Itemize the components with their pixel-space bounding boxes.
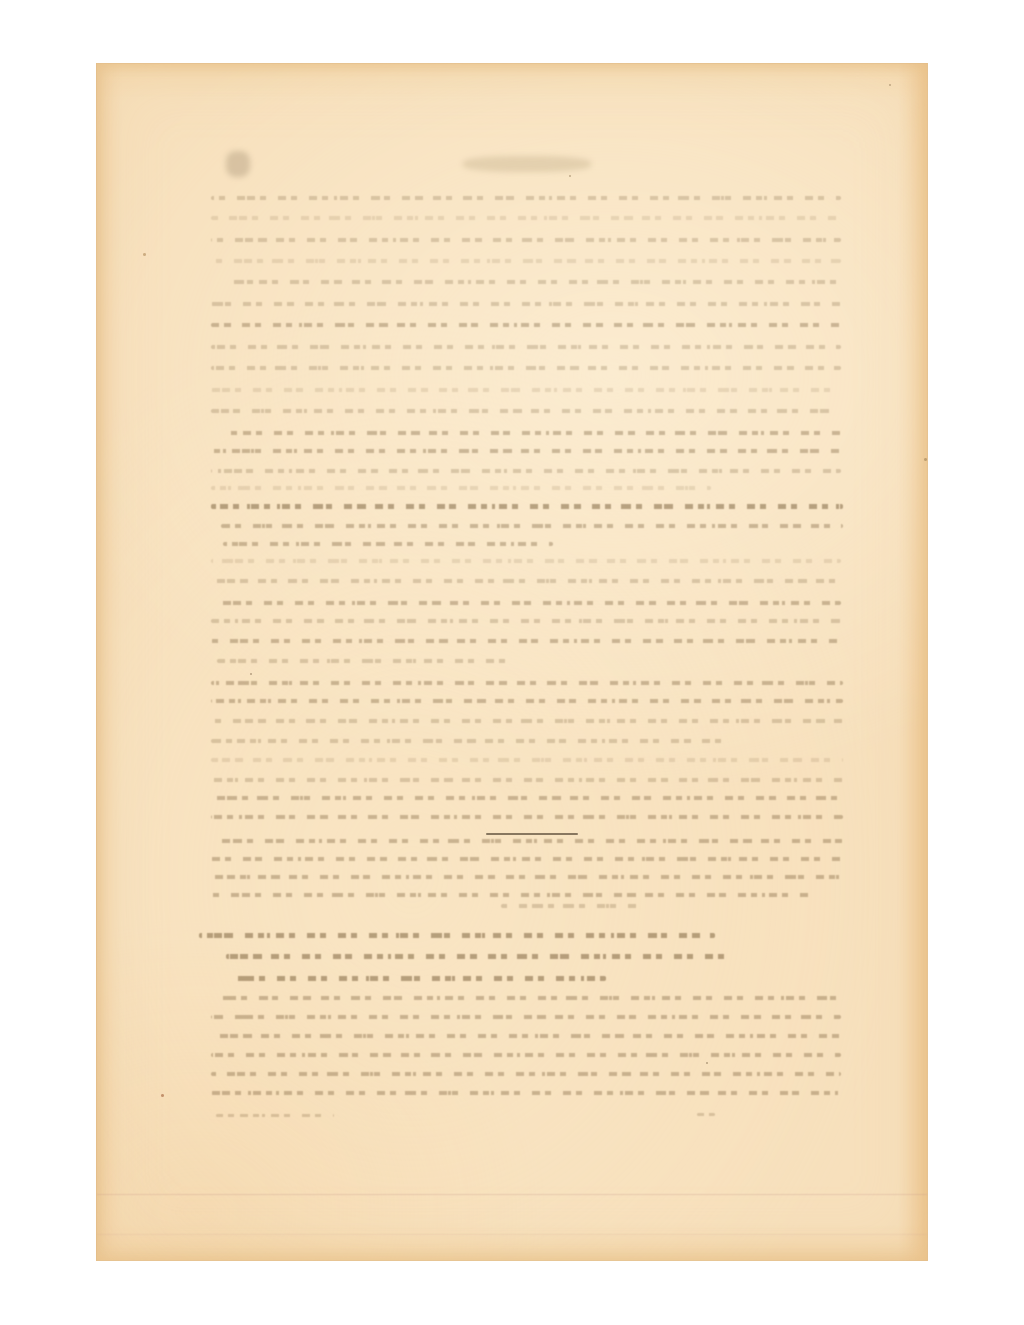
paper-speck — [706, 1062, 708, 1064]
ghost-text-line — [211, 216, 841, 220]
ghost-text-line — [217, 659, 517, 663]
ghost-text-line — [211, 388, 841, 392]
ghost-text-line — [211, 839, 843, 843]
ghost-text-line — [211, 238, 841, 242]
ghost-text-line — [223, 542, 553, 546]
ghost-text-line — [227, 280, 841, 284]
ghost-text-line — [211, 1072, 841, 1076]
ghost-text-line — [211, 1091, 841, 1095]
paper-speck — [250, 673, 252, 675]
ghost-text-line — [211, 699, 843, 703]
ghost-text-line — [211, 579, 841, 583]
ghost-text-line — [216, 1114, 334, 1117]
ghost-text-line — [211, 796, 843, 800]
ghost-text-line — [211, 345, 841, 349]
ghost-text-line — [211, 409, 841, 413]
ghost-text-line — [211, 619, 841, 623]
ghost-text-layer — [97, 64, 927, 1260]
paper-speck — [889, 84, 891, 86]
ghost-text-line — [211, 778, 843, 782]
ghost-text-line — [211, 323, 841, 327]
ghost-text-line — [211, 486, 711, 490]
ghost-text-line — [211, 681, 843, 685]
ghost-text-line — [211, 366, 841, 370]
scanner-background: { "scan": { "background_color": "#ffffff… — [0, 0, 1024, 1325]
ghost-text-line — [211, 302, 841, 306]
section-divider-rule — [486, 833, 578, 835]
ghost-text-line — [211, 1034, 841, 1038]
paper-speck — [161, 1094, 164, 1097]
ghost-text-line — [697, 1113, 715, 1116]
ghost-text-line — [211, 875, 843, 879]
ghost-text-line — [211, 469, 841, 473]
ghost-text-line — [199, 933, 715, 938]
paper-speck — [924, 458, 927, 461]
ghost-text-line — [211, 739, 731, 743]
ghost-text-line — [501, 904, 641, 908]
paper-speck — [569, 175, 571, 177]
ghost-text-line — [211, 449, 841, 453]
ghost-text-line — [211, 719, 843, 723]
ghost-text-line — [211, 196, 841, 200]
ghost-text-line — [226, 954, 732, 959]
ghost-text-line — [211, 758, 843, 762]
ghost-text-line — [211, 893, 811, 897]
ghost-text-line — [216, 996, 841, 1000]
ghost-text-line — [211, 815, 843, 819]
ghost-text-line — [211, 857, 843, 861]
ghost-text-line — [211, 259, 841, 263]
ghost-text-line — [227, 431, 841, 435]
ghost-text-line — [211, 559, 841, 563]
crease-line — [97, 1194, 927, 1195]
ghost-text-line — [211, 1015, 841, 1019]
ghost-text-line — [211, 601, 841, 605]
ghost-text-line — [211, 504, 843, 509]
scanned-page — [96, 63, 928, 1261]
crease-line — [97, 1234, 927, 1235]
paper-speck — [143, 253, 146, 256]
ghost-text-line — [221, 524, 843, 528]
ghost-text-line — [211, 1053, 841, 1057]
ghost-text-line — [211, 639, 841, 643]
ghost-text-line — [226, 976, 606, 981]
